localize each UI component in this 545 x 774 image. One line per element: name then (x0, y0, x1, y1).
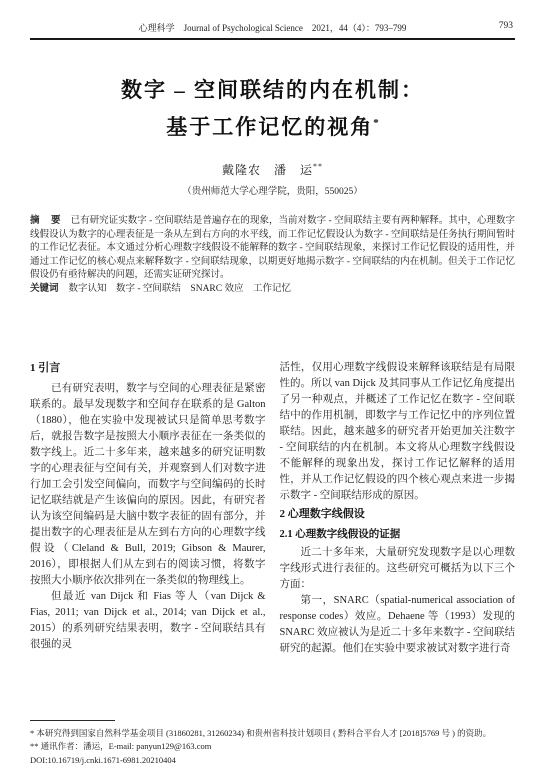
title-footnote-mark: * (373, 117, 379, 129)
paper-title-line2: 基于工作记忆的视角 (166, 115, 373, 139)
abstract: 摘 要已有研究证实数字 - 空间联结是普遍存在的现象，当前对数字 - 空间联结主… (30, 215, 515, 283)
author-names: 戴隆农 潘 运 (222, 163, 313, 177)
paper-title-line1: 数字 – 空间联结的内在机制： (121, 78, 424, 102)
keywords-label: 关键词 (30, 284, 59, 294)
doi-line: DOI:10.16719/j.cnki.1671-6981.20210404 (30, 754, 515, 768)
right-column: 活性，仅用心理数字线假设来解释该联结是有局限性的。所以 van Dijck 及其… (280, 360, 516, 657)
keywords-text: 数字认知 数字 - 空间联结 SNARC 效应 工作记忆 (69, 284, 291, 294)
body-columns: 1 引言 已有研究表明，数字与空间的心理表征是紧密联系的。最早发现数字和空间存在… (30, 360, 515, 657)
authors-line: 戴隆农 潘 运** (30, 161, 515, 178)
section-heading-mental-number-line: 2 心理数字线假设 (280, 506, 516, 522)
footnotes: * 本研究得到国家自然科学基金项目 (31860281, 31260234) 和… (30, 720, 515, 768)
corresponding-author-mark: ** (313, 162, 323, 171)
abstract-label: 摘 要 (30, 216, 62, 226)
affiliation: （贵州师范大学心理学院，贵阳，550025） (30, 183, 515, 197)
journal-header-line: 心理科学 Journal of Psychological Science 20… (139, 23, 407, 33)
page-header: 心理科学 Journal of Psychological Science 20… (30, 0, 515, 34)
left-column: 1 引言 已有研究表明，数字与空间的心理表征是紧密联系的。最早发现数字和空间存在… (30, 360, 266, 657)
funding-note: * 本研究得到国家自然科学基金项目 (31860281, 31260234) 和… (30, 727, 515, 741)
footnote-separator-rule (30, 720, 115, 721)
paper-page: 心理科学 Journal of Psychological Science 20… (0, 0, 545, 774)
corresponding-author-note: ** 通讯作者：潘运，E-mail: panyun129@163.com (30, 740, 515, 754)
body-paragraph: 近二十多年来，大量研究发现数字是以心理数字线形式进行表征的。这些研究可概括为以下… (280, 545, 516, 593)
page-number: 793 (499, 21, 513, 31)
body-paragraph: 已有研究表明，数字与空间的心理表征是紧密联系的。最早发现数字和空间存在联系的是 … (30, 381, 266, 589)
body-paragraph: 但最近 van Dijck 和 Fias 等人（van Dijck & Fias… (30, 589, 266, 653)
abstract-text: 已有研究证实数字 - 空间联结是普遍存在的现象，当前对数字 - 空间联结主要有两… (30, 216, 515, 280)
section-heading-introduction: 1 引言 (30, 360, 266, 376)
body-paragraph-continuation: 活性，仅用心理数字线假设来解释该联结是有局限性的。所以 van Dijck 及其… (280, 360, 516, 504)
body-paragraph: 第一，SNARC（spatial-numerical association o… (280, 593, 516, 657)
paper-title: 数字 – 空间联结的内在机制：基于工作记忆的视角* (30, 74, 515, 144)
keywords: 关键词数字认知 数字 - 空间联结 SNARC 效应 工作记忆 (30, 283, 515, 297)
header-rule (30, 38, 515, 40)
subsection-heading-evidence: 2.1 心理数字线假设的证据 (280, 527, 516, 543)
